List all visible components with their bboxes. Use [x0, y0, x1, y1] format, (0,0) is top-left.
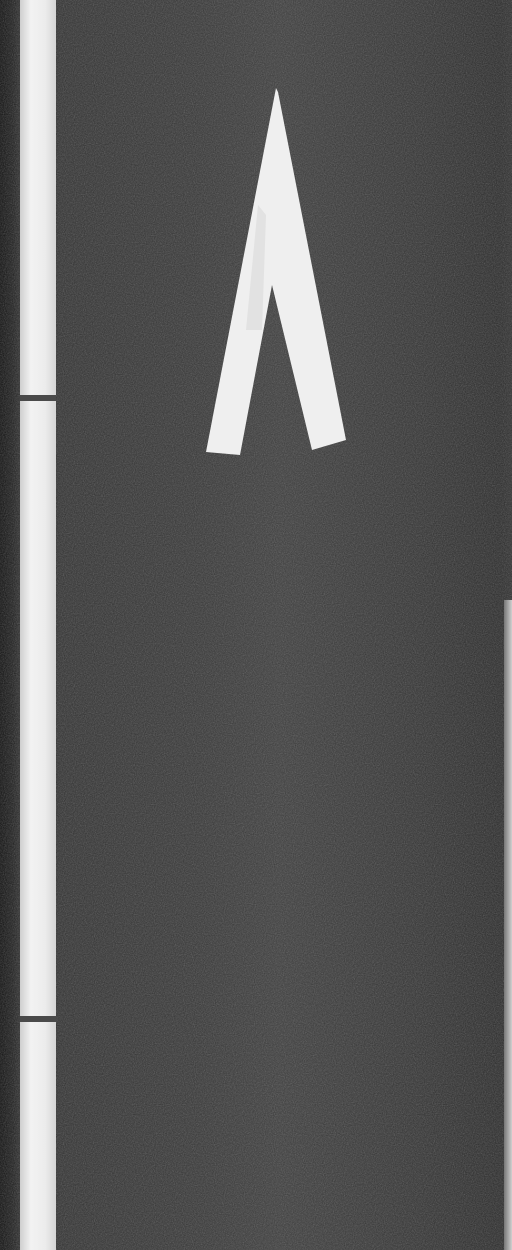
road-surface — [0, 0, 512, 1250]
forward-arrow-marking — [0, 0, 512, 1250]
